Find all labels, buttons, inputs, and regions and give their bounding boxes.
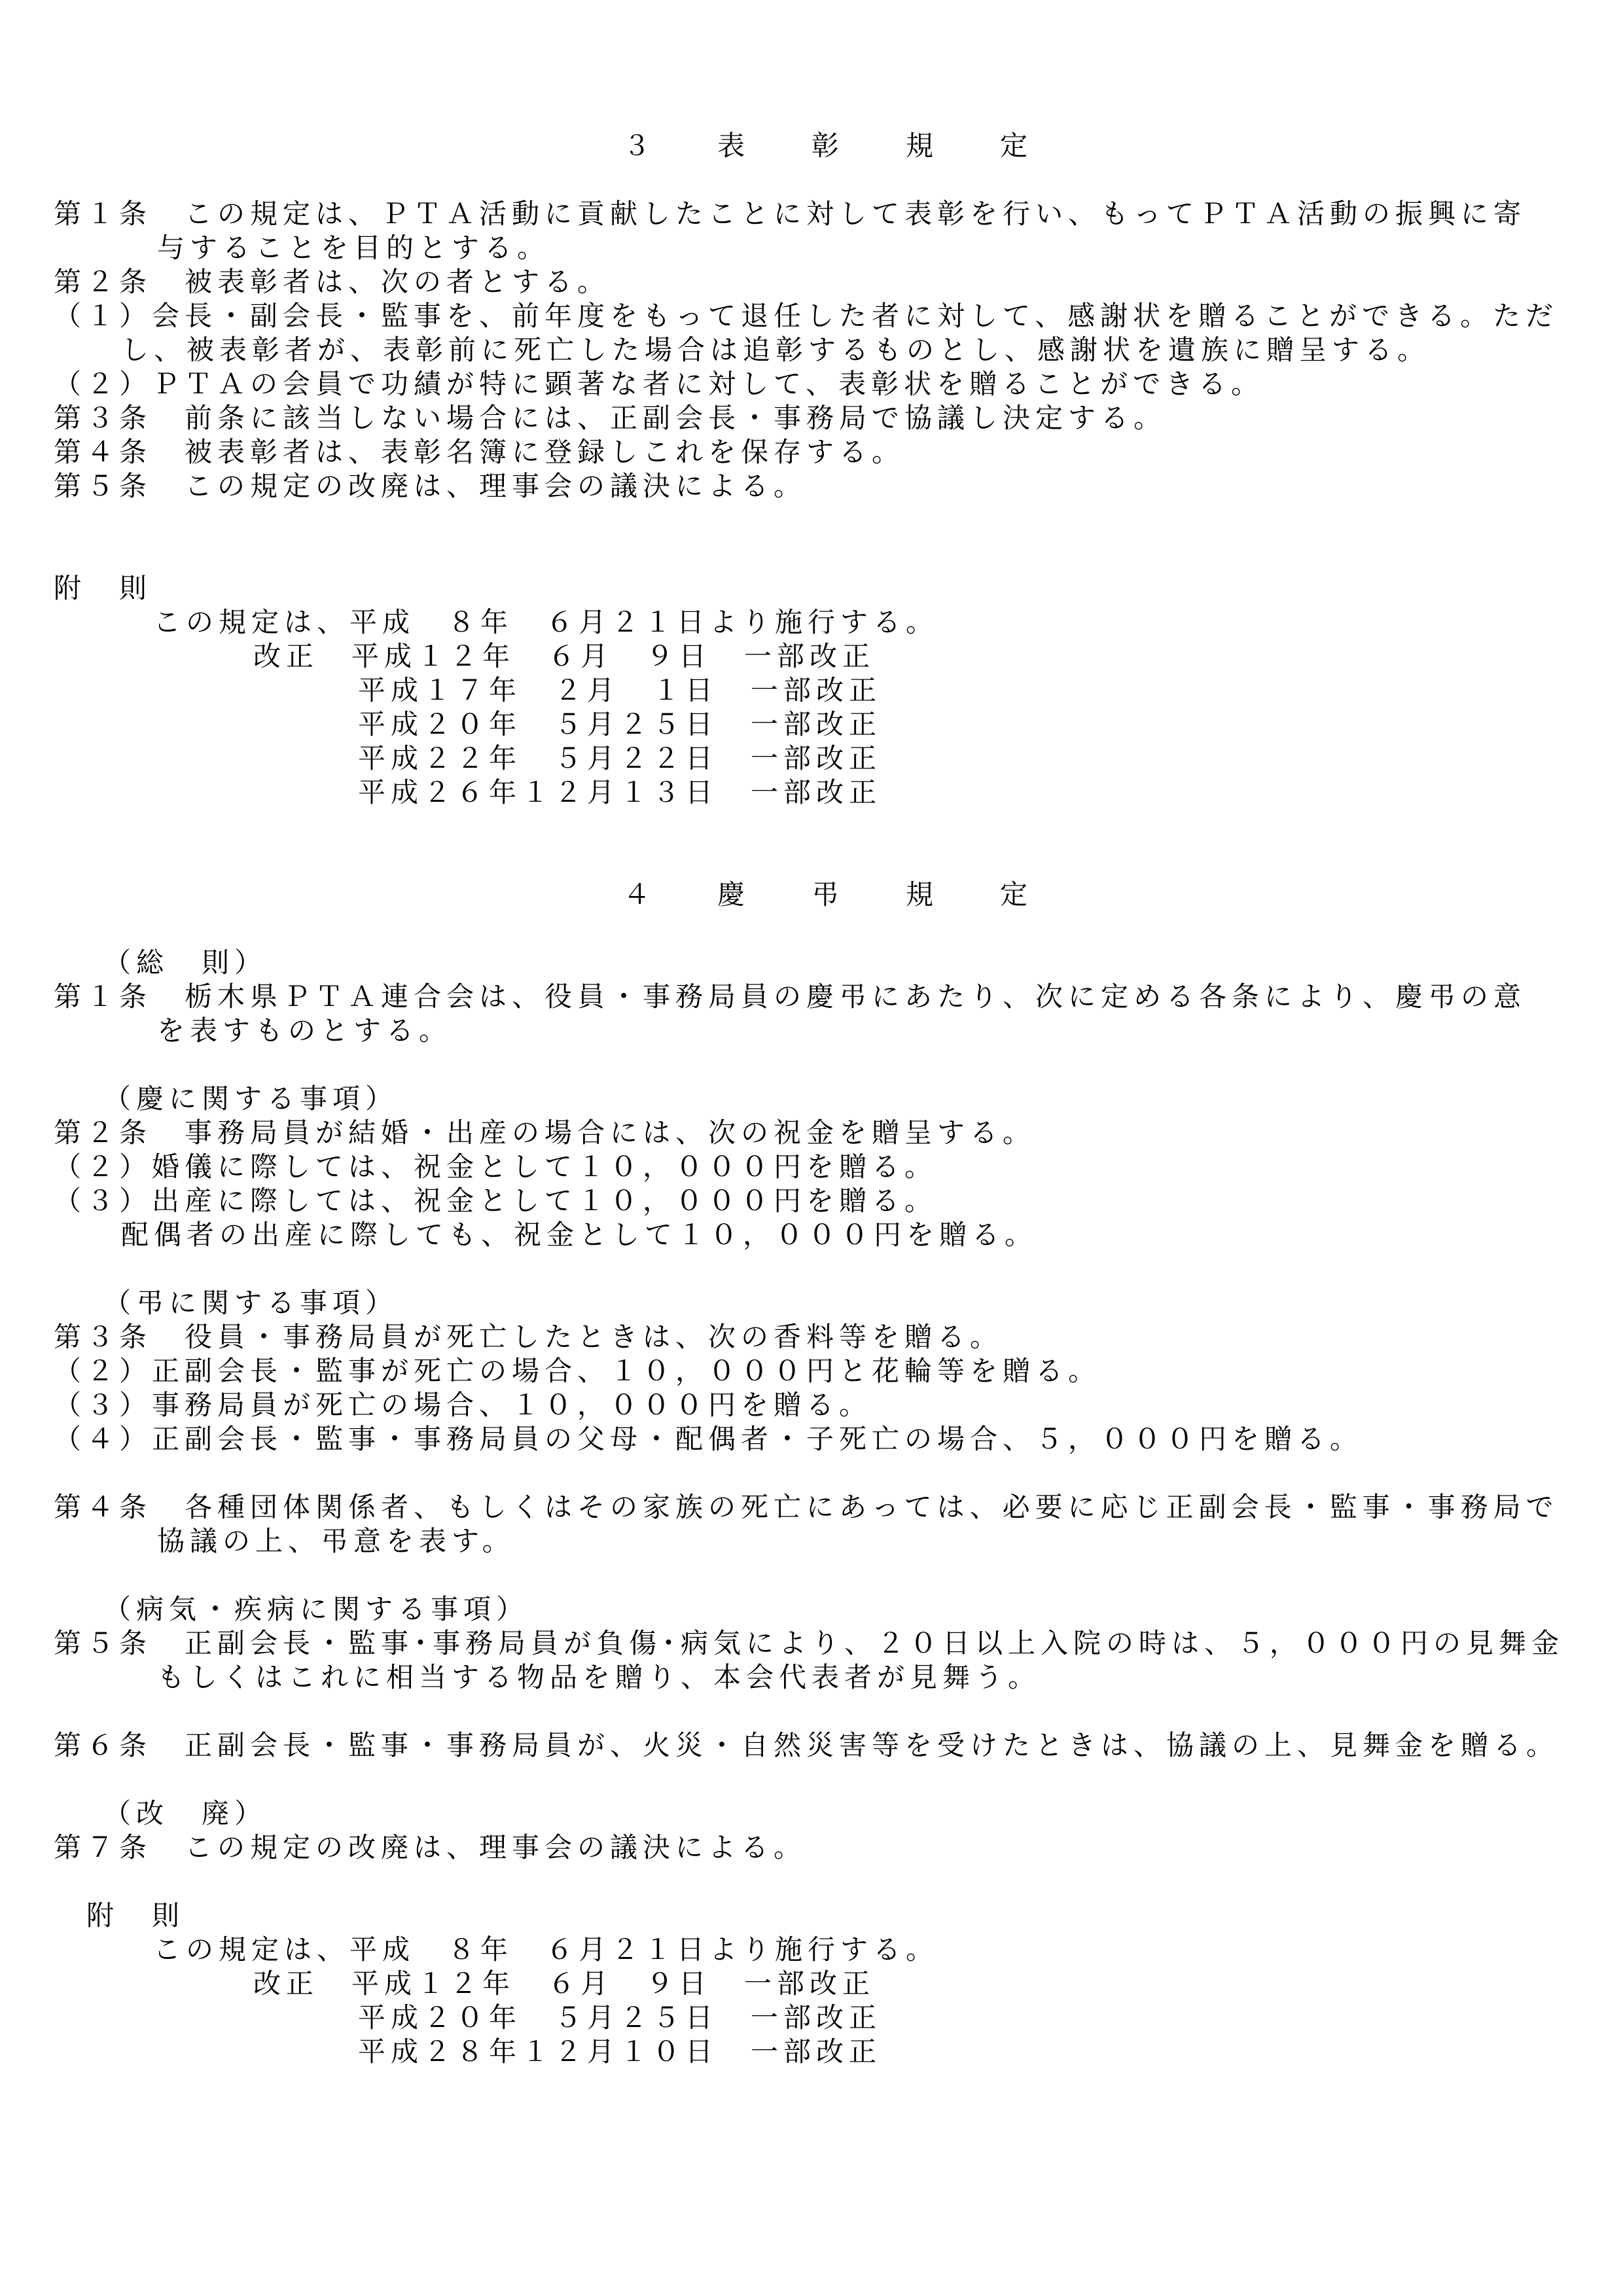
blank-line xyxy=(54,1049,1597,1083)
blank-line xyxy=(54,538,1597,572)
regulation-section: ４ 慶 弔 規 定（総 則）第１条 栃木県ＰＴＡ連合会は、役員・事務局員の慶弔に… xyxy=(54,878,1597,2070)
text-line: 配偶者の出産に際しても、祝金として１０，０００円を贈る。 xyxy=(54,1219,1597,1253)
text-line: （総 則） xyxy=(54,946,1597,980)
text-line: この規定は、平成 ８年 ６月２１日より施行する。 xyxy=(54,606,1597,640)
text-line: （弔に関する事項） xyxy=(54,1287,1597,1321)
text-line: （３）事務局員が死亡の場合、１０，０００円を贈る。 xyxy=(54,1389,1597,1423)
text-line: 平成２６年１２月１３日 一部改正 xyxy=(54,776,1597,810)
text-line: 第３条 前条に該当しない場合には、正副会長・事務局で協議し決定する。 xyxy=(54,402,1597,436)
text-line: 第４条 被表彰者は、表彰名簿に登録しこれを保存する。 xyxy=(54,436,1597,470)
blank-line xyxy=(54,1763,1597,1797)
text-line: 第６条 正副会長・監事・事務局員が、火災・自然災害等を受けたときは、協議の上、見… xyxy=(54,1729,1597,1763)
blank-line xyxy=(54,1865,1597,1899)
document-page: ３ 表 彰 規 定第１条 この規定は、ＰＴＡ活動に貢献したことに対して表彰を行い… xyxy=(0,0,1623,2296)
text-line: 附 則 xyxy=(54,1899,1597,1933)
blank-line xyxy=(54,1253,1597,1287)
section-title: ４ 慶 弔 規 定 xyxy=(54,878,1597,912)
text-line: （１）会長・副会長・監事を、前年度をもって退任した者に対して、感謝状を贈ることが… xyxy=(54,300,1597,334)
text-line: 改正 平成１２年 ６月 ９日 一部改正 xyxy=(54,640,1597,674)
text-line: 平成２２年 ５月２２日 一部改正 xyxy=(54,742,1597,776)
text-line: し、被表彰者が、表彰前に死亡した場合は追彰するものとし、感謝状を遺族に贈呈する。 xyxy=(54,334,1597,368)
text-line: 与することを目的とする。 xyxy=(54,232,1597,266)
text-line: 第５条 正副会長・監事･事務局員が負傷･病気により、２０日以上入院の時は、５，０… xyxy=(54,1627,1597,1661)
text-line: （２）正副会長・監事が死亡の場合、１０，０００円と花輪等を贈る。 xyxy=(54,1355,1597,1389)
text-line: 第３条 役員・事務局員が死亡したときは、次の香料等を贈る。 xyxy=(54,1321,1597,1355)
text-line: 平成１７年 ２月 １日 一部改正 xyxy=(54,674,1597,708)
document-body: ３ 表 彰 規 定第１条 この規定は、ＰＴＡ活動に貢献したことに対して表彰を行い… xyxy=(54,130,1597,2070)
text-line: 第７条 この規定の改廃は、理事会の議決による。 xyxy=(54,1831,1597,1865)
blank-line xyxy=(54,1457,1597,1491)
text-line: 第５条 この規定の改廃は、理事会の議決による。 xyxy=(54,470,1597,504)
blank-line xyxy=(54,504,1597,538)
text-line: （２）婚儀に際しては、祝金として１０，０００円を贈る。 xyxy=(54,1151,1597,1185)
text-line: 第４条 各種団体関係者、もしくはその家族の死亡にあっては、必要に応じ正副会長・監… xyxy=(54,1491,1597,1525)
text-line: （改 廃） xyxy=(54,1797,1597,1831)
text-line: を表すものとする。 xyxy=(54,1014,1597,1049)
text-line: 平成２８年１２月１０日 一部改正 xyxy=(54,2036,1597,2070)
text-line: 協議の上、弔意を表す。 xyxy=(54,1525,1597,1559)
text-line: 第２条 事務局員が結婚・出産の場合には、次の祝金を贈呈する。 xyxy=(54,1117,1597,1151)
text-line: もしくはこれに相当する物品を贈り、本会代表者が見舞う。 xyxy=(54,1661,1597,1695)
text-line: （慶に関する事項） xyxy=(54,1083,1597,1117)
text-line: この規定は、平成 ８年 ６月２１日より施行する。 xyxy=(54,1933,1597,1967)
blank-line xyxy=(54,1559,1597,1593)
text-line: 改正 平成１２年 ６月 ９日 一部改正 xyxy=(54,1967,1597,2001)
section-title: ３ 表 彰 規 定 xyxy=(54,130,1597,164)
blank-line xyxy=(54,1695,1597,1729)
text-line: 平成２０年 ５月２５日 一部改正 xyxy=(54,708,1597,742)
text-line: 附 則 xyxy=(54,572,1597,606)
text-line: （４）正副会長・監事・事務局員の父母・配偶者・子死亡の場合、５，０００円を贈る。 xyxy=(54,1423,1597,1457)
text-line: 第２条 被表彰者は、次の者とする。 xyxy=(54,266,1597,300)
text-line: （３）出産に際しては、祝金として１０，０００円を贈る。 xyxy=(54,1185,1597,1219)
text-line: 第１条 栃木県ＰＴＡ連合会は、役員・事務局員の慶弔にあたり、次に定める各条により… xyxy=(54,980,1597,1014)
text-line: （２）ＰＴＡの会員で功績が特に顕著な者に対して、表彰状を贈ることができる。 xyxy=(54,368,1597,402)
regulation-section: ３ 表 彰 規 定第１条 この規定は、ＰＴＡ活動に貢献したことに対して表彰を行い… xyxy=(54,130,1597,810)
text-line: 平成２０年 ５月２５日 一部改正 xyxy=(54,2001,1597,2036)
text-line: （病気・疾病に関する事項） xyxy=(54,1593,1597,1627)
text-line: 第１条 この規定は、ＰＴＡ活動に貢献したことに対して表彰を行い、もってＰＴＡ活動… xyxy=(54,198,1597,232)
